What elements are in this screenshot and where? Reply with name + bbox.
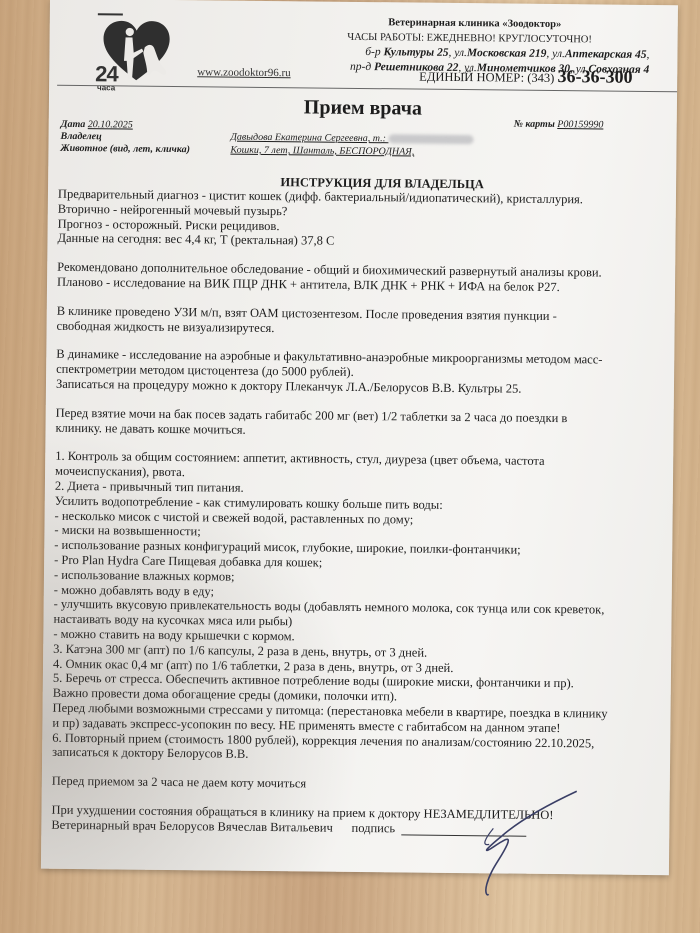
date-value: 20.10.2025 [88,119,133,130]
address-prefix: ул. [454,47,467,59]
redacted-phone [388,134,473,144]
card-label: № карты [514,119,558,130]
clinic-logo: 24 часа [89,9,210,90]
diagnosis-block: Предварительный диагноз - цистит кошек (… [51,187,658,839]
owner-field: Давыдова Екатерина Сергеевна, т.: [231,132,474,146]
address-name: Культуры 25 [383,46,448,59]
address-name: Аптекарская 45 [565,48,647,61]
logo-bar [98,13,123,15]
signature-label: подпись [352,821,396,835]
treatment-plan-list: 1. Контроль за общим состоянием: аппетит… [52,449,655,766]
phone-label: ЕДИНЫЙ НОМЕР: (343) [419,70,557,85]
signature-line [401,835,526,837]
animal-value: Кошки, 7 лет, Шанталь, БЕСПОРОДНАЯ, [230,145,414,158]
animal-field: Кошки, 7 лет, Шанталь, БЕСПОРОДНАЯ, [230,145,414,158]
owner-label: Владелец [61,131,102,142]
address-name: Московская 219 [467,47,547,60]
owner-value: Давыдова Екатерина Сергеевна, т.: [231,132,389,145]
clinic-document-sheet: 24 часа Ветеринарная клиника «Зоодоктор»… [41,0,678,875]
card-number-field: № карты P00159990 [514,119,604,131]
clinic-website-link[interactable]: www.zoodoktor96.ru [197,66,291,79]
phone-block: ЕДИНЫЙ НОМЕР: (343) 36-36-300 [419,65,633,88]
address-prefix: ул. [552,48,565,60]
date-field: Дата 20.10.2025 [61,119,133,131]
address-sep: , [647,49,650,61]
address-prefix: пр-д [350,60,374,72]
address-prefix: б-р [365,46,383,58]
animal-label: Животное (вид, лет, кличка) [60,143,190,155]
card-value: P00159990 [557,119,603,130]
phone-number: 36-36-300 [557,66,632,87]
doctor-name: Ветеринарный врач Белорусов Вячеслав Вит… [51,817,333,834]
date-label: Дата [61,119,88,130]
